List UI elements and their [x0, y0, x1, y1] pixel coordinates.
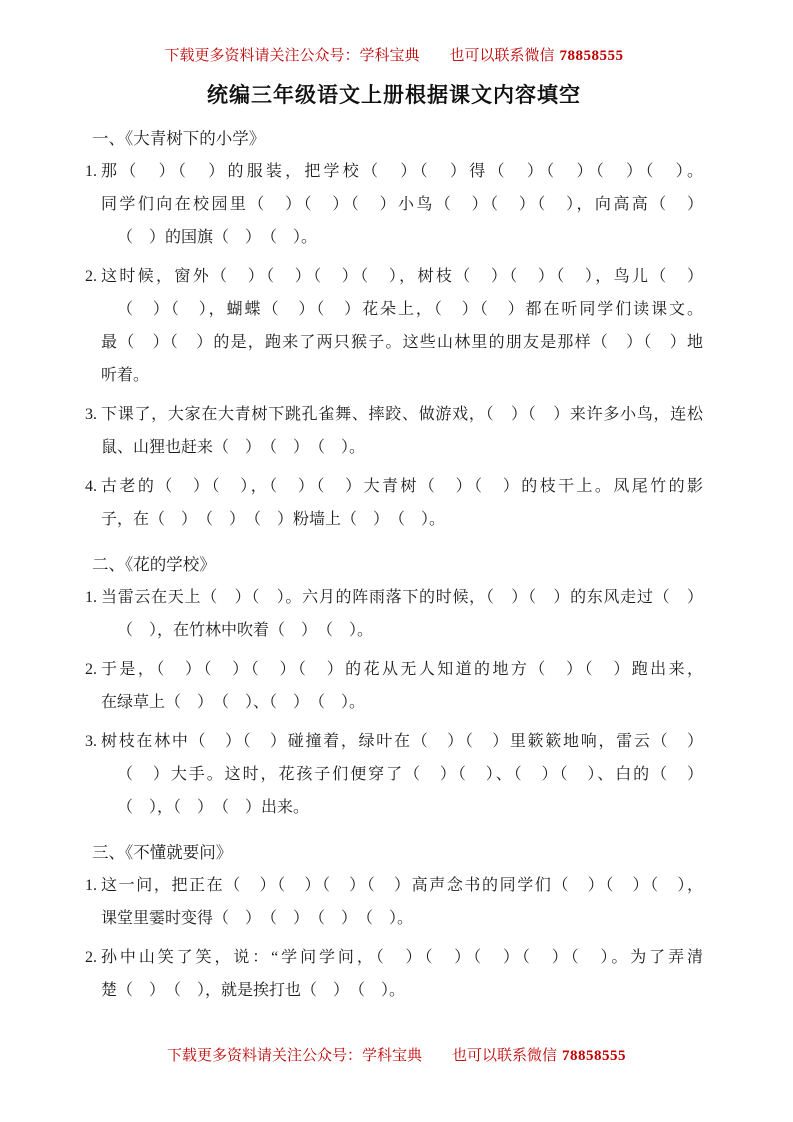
question-item: 2. 这时候，窗外（ ）（ ）（ ）（ ），树枝（ ）（ ）（ ），鸟儿（ ） … — [85, 260, 703, 392]
question-item: 2. 孙中山笑了笑，说：“学问学问，（ ）（ ）（ ）（ ）（ ）。为了弄清 楚… — [85, 941, 703, 1007]
question-line: 子，在（ ） （ ） （ ）粉墙上（ ） （ ）。 — [101, 503, 703, 536]
question-item: 1. 当雷云在天上（ ）（ ）。六月的阵雨落下的时候，（ ）（ ）的东风走过（ … — [85, 581, 703, 647]
question-line: 下课了，大家在大青树下跳孔雀舞、摔跤、做游戏，（ ）（ ）来许多小鸟，连松 — [101, 398, 703, 431]
section-heading: 一、《大青树下的小学》 — [92, 122, 703, 155]
question-item: 3. 下课了，大家在大青树下跳孔雀舞、摔跤、做游戏，（ ）（ ）来许多小鸟，连松… — [85, 398, 703, 464]
footer-promo-text: 下载更多资料请关注公众号：学科宝典 也可以联系微信 — [167, 1048, 557, 1064]
question-line: （ ）大手。这时，花孩子们便穿了（ ）（ ）、（ ）（ ）、白的（ ） — [101, 758, 703, 791]
question-line: 同学们向在校园里（ ）（ ）（ ）小鸟（ ）（ ）（ ），向高高（ ） — [101, 188, 703, 221]
item-number: 1. — [85, 155, 97, 188]
item-number: 1. — [85, 581, 97, 614]
section-heading: 二、《花的学校》 — [92, 548, 703, 581]
page-title: 统编三年级语文上册根据课文内容填空 — [85, 80, 703, 110]
section-heading: 三、《不懂就要问》 — [92, 836, 703, 869]
question-line: 孙中山笑了笑，说：“学问学问，（ ）（ ）（ ）（ ）（ ）。为了弄清 — [101, 941, 703, 974]
question-line: 当雷云在天上（ ）（ ）。六月的阵雨落下的时候，（ ）（ ）的东风走过（ ） — [101, 581, 703, 614]
question-line: 楚（ ） （ ），就是挨打也（ ） （ ）。 — [101, 974, 703, 1007]
item-number: 4. — [85, 470, 97, 503]
question-item: 3. 树枝在林中（ ）（ ）碰撞着，绿叶在（ ）（ ）里簌簌地响，雷云（ ） （… — [85, 725, 703, 824]
question-line: （ ），（ ） （ ）出来。 — [101, 791, 703, 824]
question-line: 那（ ）（ ）的服装，把学校（ ）（ ）得（ ）（ ）（ ）（ ）。 — [101, 155, 703, 188]
question-line: 听着。 — [101, 359, 703, 392]
question-line: （ ），在竹林中吹着（ ） （ ）。 — [101, 614, 703, 647]
footer-promo-phone: 78858555 — [562, 1048, 626, 1064]
section-3: 三、《不懂就要问》 1. 这一问，把正在（ ）（ ）（ ）（ ）高声念书的同学们… — [85, 836, 703, 1007]
item-number: 3. — [85, 398, 97, 431]
question-item: 1. 这一问，把正在（ ）（ ）（ ）（ ）高声念书的同学们（ ）（ ）（ ），… — [85, 869, 703, 935]
question-line: 这一问，把正在（ ）（ ）（ ）（ ）高声念书的同学们（ ）（ ）（ ）， — [101, 869, 703, 902]
question-line: 课堂里霎时变得（ ） （ ） （ ） （ ）。 — [101, 902, 703, 935]
item-number: 2. — [85, 260, 97, 293]
question-item: 2. 于是，（ ）（ ）（ ）（ ）的花从无人知道的地方（ ）（ ）跑出来， 在… — [85, 653, 703, 719]
question-line: 鼠、山狸也赶来（ ） （ ） （ ）。 — [101, 431, 703, 464]
question-line: 这时候，窗外（ ）（ ）（ ）（ ），树枝（ ）（ ）（ ），鸟儿（ ） — [101, 260, 703, 293]
header-promo-text: 下载更多资料请关注公众号：学科宝典 也可以联系微信 — [164, 48, 554, 64]
footer-promo: 下载更多资料请关注公众号：学科宝典 也可以联系微信78858555 — [0, 1046, 793, 1066]
header-promo: 下载更多资料请关注公众号：学科宝典 也可以联系微信78858555 — [85, 46, 703, 66]
question-line: 树枝在林中（ ）（ ）碰撞着，绿叶在（ ）（ ）里簌簌地响，雷云（ ） — [101, 725, 703, 758]
question-line: 古老的（ ）（ ），（ ）（ ）大青树（ ）（ ）的枝干上。凤尾竹的影 — [101, 470, 703, 503]
question-line: 最（ ）（ ）的是，跑来了两只猴子。这些山林里的朋友是那样（ ）（ ）地 — [101, 326, 703, 359]
item-number: 3. — [85, 725, 97, 758]
question-item: 1. 那（ ）（ ）的服装，把学校（ ）（ ）得（ ）（ ）（ ）（ ）。 同学… — [85, 155, 703, 254]
question-line: 于是，（ ）（ ）（ ）（ ）的花从无人知道的地方（ ）（ ）跑出来， — [101, 653, 703, 686]
item-number: 2. — [85, 653, 97, 686]
item-number: 1. — [85, 869, 97, 902]
question-item: 4. 古老的（ ）（ ），（ ）（ ）大青树（ ）（ ）的枝干上。凤尾竹的影 子… — [85, 470, 703, 536]
section-1: 一、《大青树下的小学》 1. 那（ ）（ ）的服装，把学校（ ）（ ）得（ ）（… — [85, 122, 703, 536]
item-number: 2. — [85, 941, 97, 974]
question-line: 在绿草上（ ） （ ）、（ ） （ ）。 — [101, 686, 703, 719]
document-page: 下载更多资料请关注公众号：学科宝典 也可以联系微信78858555 统编三年级语… — [0, 0, 793, 1122]
header-promo-phone: 78858555 — [560, 48, 624, 64]
question-line: （ ）（ ），蝴蝶（ ）（ ）花朵上，（ ）（ ）都在听同学们读课文。 — [101, 293, 703, 326]
question-line: （ ）的国旗（ ） （ ）。 — [101, 221, 703, 254]
section-2: 二、《花的学校》 1. 当雷云在天上（ ）（ ）。六月的阵雨落下的时候，（ ）（… — [85, 548, 703, 824]
